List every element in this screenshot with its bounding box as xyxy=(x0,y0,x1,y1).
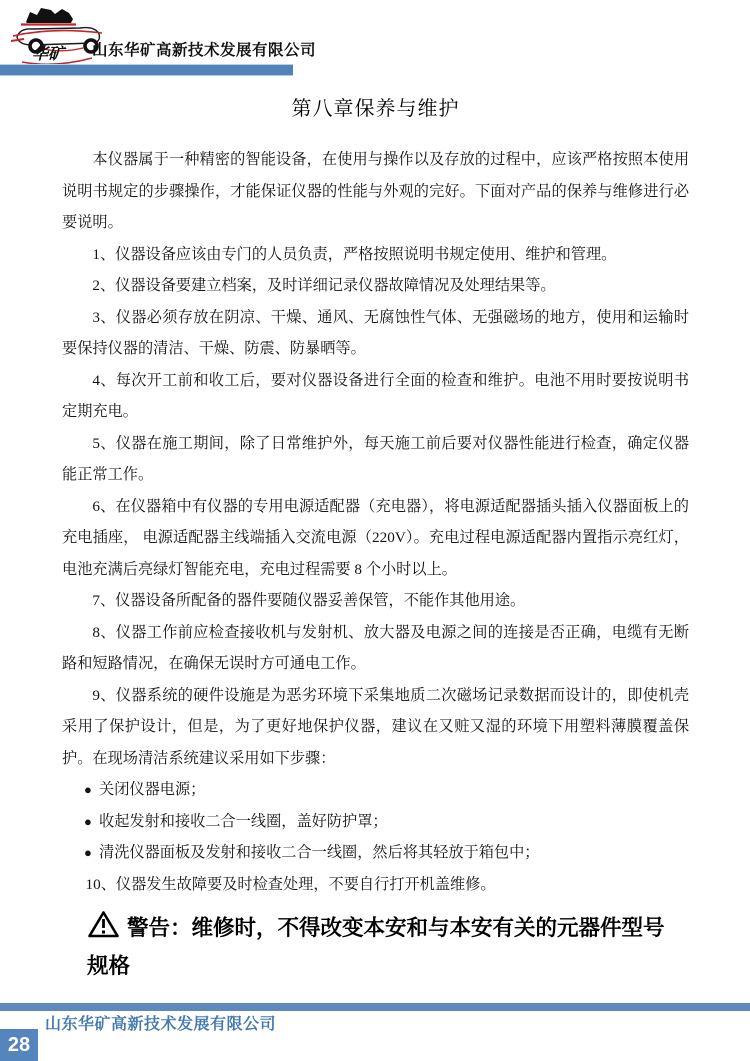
bullet-dot-icon: ● xyxy=(84,845,92,860)
numbered-item-1: 1、仪器设备应该由专门的人员负责，严格按照说明书规定使用、维护和管理。 xyxy=(62,239,689,271)
warning-triangle-icon xyxy=(87,910,120,939)
numbered-item-3: 3、仪器必须存放在阴凉、干燥、通风、无腐蚀性气体、无强磁场的地方，使用和运输时要… xyxy=(62,302,689,365)
bullet-item: ●关闭仪器电源； xyxy=(62,774,689,806)
logo-brand-text: 华矿 xyxy=(32,45,67,63)
numbered-item-2: 2、仪器设备要建立档案，及时详细记录仪器故障情况及处理结果等。 xyxy=(62,270,689,302)
warning-text: 警告：维修时，不得改变本安和与本安有关的元器件型号规格 xyxy=(87,916,665,978)
numbered-item-9: 9、仪器系统的硬件设施是为恶劣环境下采集地质二次磁场记录数据而设计的，即使机壳采… xyxy=(62,680,689,775)
footer-company-name: 山东华矿高新技术发展有限公司 xyxy=(45,1011,276,1034)
bullet-text: 收起发射和接收二合一线圈，盖好防护罩； xyxy=(99,813,388,830)
document-body: 第八章保养与维护 本仪器属于一种精密的智能设备，在使用与操作以及存放的过程中，应… xyxy=(62,92,689,985)
page-number-badge: 28 xyxy=(0,1029,38,1061)
numbered-item-10: 10、仪器发生故障要及时检查处理，不要自行打开机盖维修。 xyxy=(62,869,689,901)
bullet-dot-icon: ● xyxy=(84,814,92,829)
numbered-item-5: 5、仪器在施工期间，除了日常维护外，每天施工前后要对仪器性能进行检查，确定仪器能… xyxy=(62,428,689,491)
bullet-item: ●收起发射和接收二合一线圈，盖好防护罩； xyxy=(62,806,689,838)
numbered-item-7: 7、仪器设备所配备的器件要随仪器妥善保管，不能作其他用途。 xyxy=(62,585,689,617)
header-company-name: 山东华矿高新技术发展有限公司 xyxy=(92,38,316,60)
bullet-text: 清洗仪器面板及发射和接收二合一线圈，然后将其轻放于箱包中； xyxy=(99,844,539,861)
numbered-item-8: 8、仪器工作前应检查接收机与发射机、放大器及电源之间的连接是否正确，电缆有无断路… xyxy=(62,617,689,680)
numbered-item-6: 6、在仪器箱中有仪器的专用电源适配器（充电器），将电源适配器插头插入仪器面板上的… xyxy=(62,491,689,586)
footer-accent-bar xyxy=(0,1003,750,1011)
header-accent-bar xyxy=(0,64,293,76)
document-page: 华矿 山东华矿高新技术发展有限公司 第八章保养与维护 本仪器属于一种精密的智能设… xyxy=(0,0,750,1061)
bullet-dot-icon: ● xyxy=(84,782,92,797)
warning-block: 警告：维修时，不得改变本安和与本安有关的元器件型号规格 xyxy=(87,909,672,985)
intro-paragraph: 本仪器属于一种精密的智能设备，在使用与操作以及存放的过程中，应该严格按照本使用说… xyxy=(62,144,689,239)
numbered-item-4: 4、每次开工前和收工后，要对仪器设备进行全面的检查和维护。电池不用时要按说明书定… xyxy=(62,365,689,428)
chapter-title: 第八章保养与维护 xyxy=(62,92,689,121)
bullet-item: ●清洗仪器面板及发射和接收二合一线圈，然后将其轻放于箱包中； xyxy=(62,837,689,869)
bullet-text: 关闭仪器电源； xyxy=(99,781,205,798)
